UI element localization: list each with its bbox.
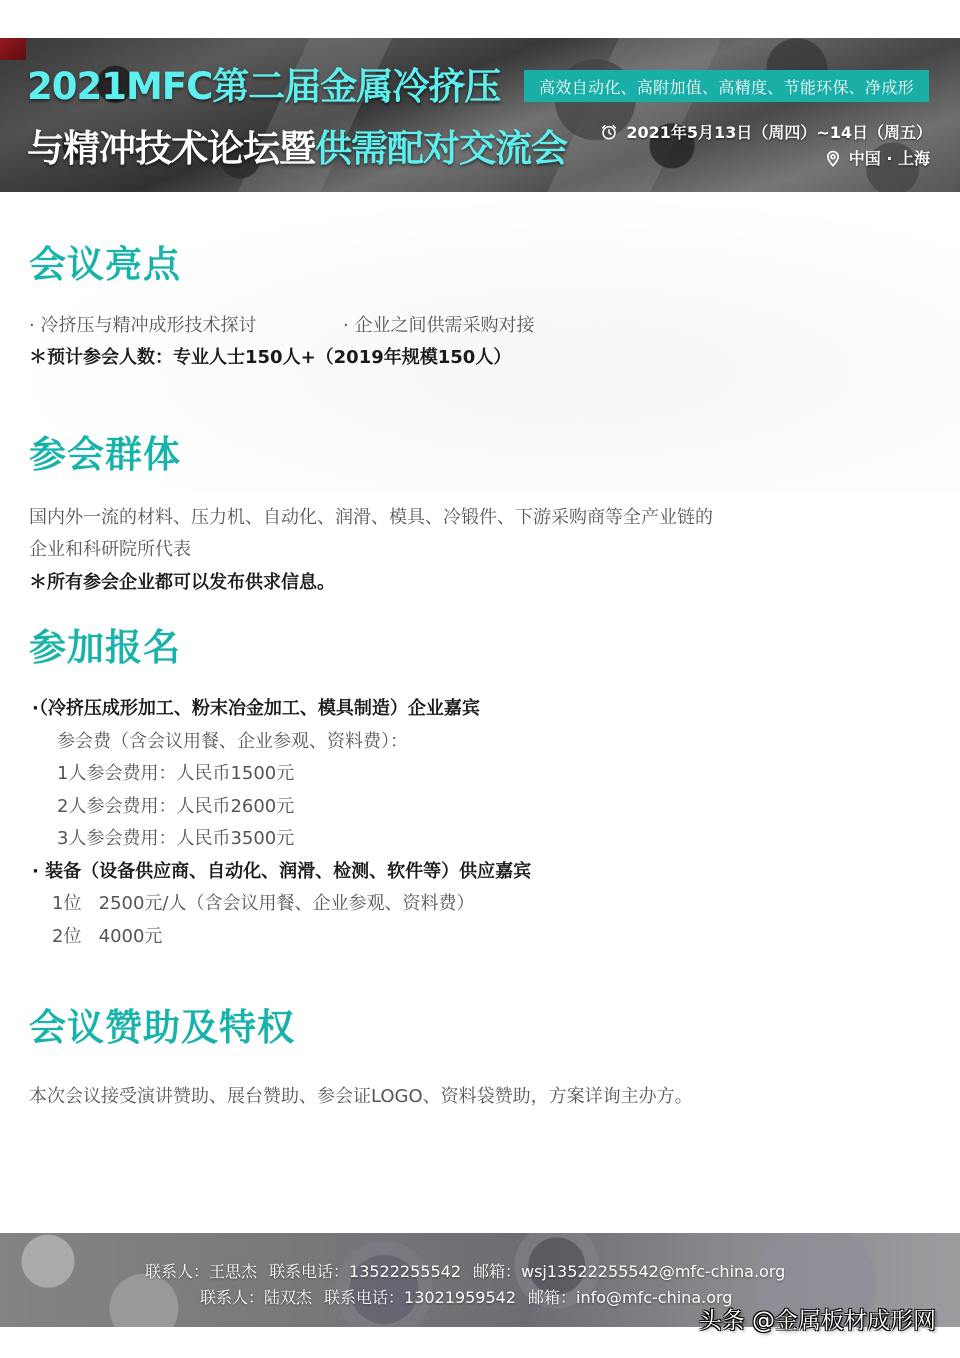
audience-line-1: 国内外一流的材料、压力机、自动化、润滑、模具、冷锻件、下游采购商等全产业链的	[29, 509, 713, 527]
section-heading-registration: 参加报名	[29, 629, 181, 666]
contact-phone-2: 联系电话：13021959542	[324, 1288, 516, 1307]
contact-row-1: 联系人：王思杰联系电话：13522255542邮箱：wsj13522255542…	[145, 1264, 785, 1280]
highlight-bullet-1: · 冷挤压与精冲成形技术探讨	[29, 317, 256, 335]
section-heading-audience: 参会群体	[29, 436, 181, 473]
platform-watermark: 头条 @金属板材成形网	[699, 1310, 936, 1333]
section-heading-sponsorship: 会议赞助及特权	[29, 1009, 295, 1046]
contact-email-2: 邮箱：info@mfc-china.org	[528, 1288, 732, 1307]
registration-fee-1: 1人参会费用：人民币1500元	[57, 765, 294, 783]
event-title-line2-white: 与精冲技术论坛暨	[27, 127, 315, 170]
contact-email-1: 邮箱：wsj13522255542@mfc-china.org	[473, 1262, 785, 1281]
sponsorship-body: 本次会议接受演讲赞助、展台赞助、参会证LOGO、资料袋赞助，方案详询主办方。	[29, 1088, 693, 1106]
main-content: 会议亮点 · 冷挤压与精冲成形技术探讨 · 企业之间供需采购对接 ＊预计参会人数…	[0, 192, 960, 1232]
registration-fee-3: 3人参会费用：人民币3500元	[57, 830, 294, 848]
audience-line-2: 企业和科研院所代表	[29, 541, 191, 559]
header-banner: 2021MFC第二届金属冷挤压 与精冲技术论坛暨供需配对交流会 高效自动化、高附…	[0, 38, 960, 192]
registration-fee-2: 2人参会费用：人民币2600元	[57, 798, 294, 816]
event-location-text: 中国 · 上海	[849, 146, 930, 169]
map-pin-icon	[825, 149, 841, 167]
registration-group1-desc: 参会费（含会议用餐、企业参观、资料费）：	[57, 733, 408, 751]
event-title-line1: 2021MFC第二届金属冷挤压	[27, 68, 500, 105]
registration-equipment-fee-1: 1位 2500元/人（含会议用餐、企业参观、资料费）	[52, 895, 475, 913]
registration-group1-title: ·（冷挤压成形加工、粉末冶金加工、模具制造）企业嘉宾	[32, 700, 480, 718]
contact-phone-1: 联系电话：13522255542	[269, 1262, 461, 1281]
contact-person-2: 联系人：陆双杰	[200, 1288, 312, 1307]
event-date: 2021年5月13日（周四）~14日（周五）	[600, 120, 932, 143]
event-date-text: 2021年5月13日（周四）~14日（周五）	[626, 120, 932, 143]
highlight-bullet-2: · 企业之间供需采购对接	[343, 317, 534, 335]
event-title-line2-cyan: 供需配对交流会	[315, 127, 567, 170]
audience-note: ＊所有参会企业都可以发布供求信息。	[29, 574, 335, 592]
event-title-line2: 与精冲技术论坛暨供需配对交流会	[27, 130, 567, 167]
registration-equipment-fee-2: 2位 4000元	[52, 928, 162, 946]
alarm-clock-icon	[600, 123, 618, 141]
contact-person-1: 联系人：王思杰	[145, 1262, 257, 1281]
registration-group2-title: · 装备（设备供应商、自动化、润滑、检测、软件等）供应嘉宾	[32, 863, 531, 881]
section-heading-highlights: 会议亮点	[29, 246, 181, 283]
contact-row-2: 联系人：陆双杰联系电话：13021959542邮箱：info@mfc-china…	[200, 1290, 732, 1306]
highlight-attendance-note: ＊预计参会人数：专业人士150人+（2019年规模150人）	[29, 349, 511, 367]
tagline-chip: 高效自动化、高附加值、高精度、节能环保、净成形	[524, 70, 929, 102]
event-location: 中国 · 上海	[825, 146, 930, 169]
